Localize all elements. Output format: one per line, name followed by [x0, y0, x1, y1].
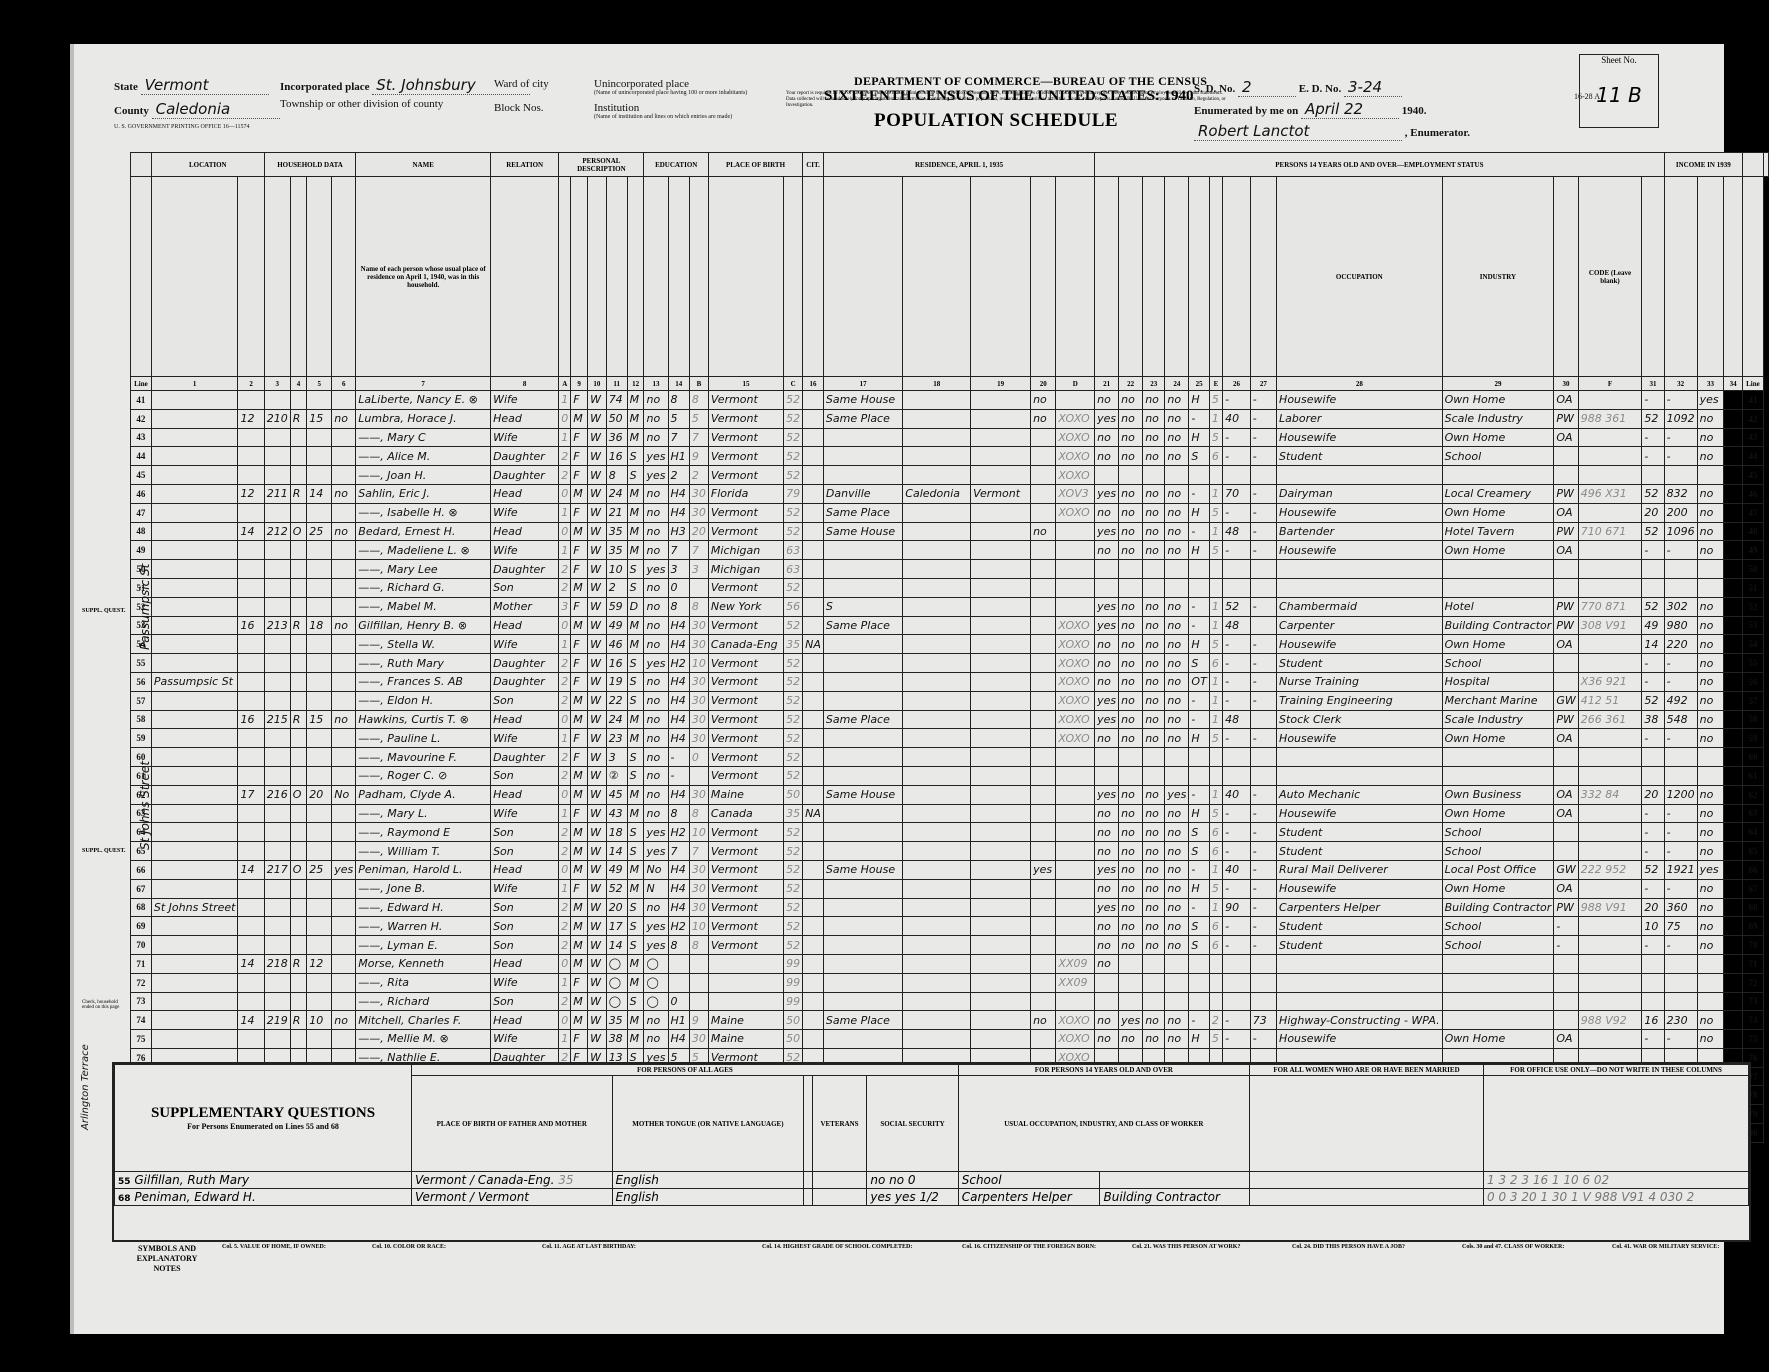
cell-c27: - — [1250, 917, 1276, 936]
cell-value — [307, 748, 332, 767]
cell-c25: H — [1189, 804, 1209, 823]
table-row: 44——, Alice M.Daughter2FW16SyesH19Vermon… — [131, 447, 1769, 466]
table-row: 5816215R15noHawkins, Curtis T. ⊗Head0MW2… — [131, 710, 1769, 729]
cell-occupation — [1277, 578, 1443, 597]
cell-c: 52 — [784, 391, 803, 410]
cell-farm — [332, 879, 356, 898]
cell-grade — [668, 973, 689, 992]
cell-res-city — [823, 541, 902, 560]
cell-f: 412 51 — [1578, 691, 1642, 710]
cell-sex: M — [571, 616, 588, 635]
cell-age: 38 — [606, 1030, 627, 1049]
cell-farm35 — [1031, 428, 1056, 447]
cell-grade: H2 — [668, 917, 689, 936]
cell-industry: School — [1442, 842, 1554, 861]
cell-sex: M — [571, 766, 588, 785]
cell-age: 20 — [606, 898, 627, 917]
cell-marital: M — [627, 785, 644, 804]
cell-marital: M — [627, 804, 644, 823]
line-number: 74 — [131, 1011, 152, 1030]
cell-c23 — [1143, 748, 1165, 767]
cell-sex: F — [571, 804, 588, 823]
supp-row: 55 Gilfillan, Ruth Mary Vermont / Canada… — [115, 1172, 1749, 1189]
cell-c22: no — [1119, 729, 1143, 748]
cell-res-city — [823, 842, 902, 861]
cell-relation: Head — [491, 409, 559, 428]
cell-hh — [264, 729, 290, 748]
cell-c27: - — [1250, 823, 1276, 842]
cell-house: 16 — [238, 710, 264, 729]
column-number: 5 — [307, 377, 332, 391]
cell-house — [238, 541, 264, 560]
cell-c23: no — [1143, 1030, 1165, 1049]
cell-house — [238, 823, 264, 842]
cell-hh — [264, 691, 290, 710]
supp-usual-occ-header: USUAL OCCUPATION, INDUSTRY, AND CLASS OF… — [958, 1076, 1249, 1172]
cell-marital: S — [627, 748, 644, 767]
line-number-right: 45 — [1742, 466, 1763, 485]
cell-grade: H4 — [668, 898, 689, 917]
cell-d: XOXO — [1056, 1011, 1095, 1030]
cell-weeks: 20 — [1642, 503, 1664, 522]
supp-c44: 0 — [908, 1173, 916, 1187]
cell-weeks — [1642, 766, 1664, 785]
cell-race: W — [588, 917, 607, 936]
cell-c27 — [1250, 973, 1276, 992]
cell-c21: yes — [1095, 409, 1119, 428]
cell-hh — [264, 447, 290, 466]
note-col21: Col. 21. WAS THIS PERSON AT WORK? — [1132, 1244, 1272, 1250]
cell-res-state — [971, 503, 1031, 522]
cell-relation: Daughter — [491, 748, 559, 767]
cell-marital: S — [627, 917, 644, 936]
cell-cit — [803, 954, 824, 973]
supp-name-value: Gilfillan, Ruth Mary — [134, 1173, 249, 1187]
cell-name: ——, Eldon H. — [356, 691, 491, 710]
cell-res-state — [971, 466, 1031, 485]
cell-c21: no — [1095, 391, 1119, 410]
cell-relation: Wife — [491, 973, 559, 992]
cell-hh: 217 — [264, 860, 290, 879]
cell-weeks: 52 — [1642, 522, 1664, 541]
table-row: 57——, Eldon H.Son2MW22SnoH430Vermont52XO… — [131, 691, 1769, 710]
cell-res-county — [903, 466, 971, 485]
cell-d — [1056, 879, 1095, 898]
cell-cit — [803, 917, 824, 936]
cell-c23: no — [1143, 391, 1165, 410]
cell-class: OA — [1554, 541, 1578, 560]
cell-relation: Wife — [491, 729, 559, 748]
cell-school: yes — [644, 654, 668, 673]
cell-name: ——, William T. — [356, 842, 491, 861]
cell-house — [238, 766, 264, 785]
cell-b: 8 — [689, 936, 708, 955]
cell-e: 5 — [1209, 804, 1222, 823]
cell-res-state — [971, 973, 1031, 992]
cell-cit — [803, 541, 824, 560]
cell-hh — [264, 1030, 290, 1049]
cell-other-inc: no — [1697, 729, 1724, 748]
cell-farm: no — [332, 710, 356, 729]
cell-age: ② — [606, 766, 627, 785]
supp-all-ages-header: FOR PERSONS OF ALL AGES — [412, 1065, 959, 1076]
cell-b: 10 — [689, 823, 708, 842]
cell-c27 — [1250, 748, 1276, 767]
cell-birthplace: Michigan — [708, 560, 783, 579]
cell-wages: - — [1664, 672, 1697, 691]
cell-a: 2 — [559, 898, 571, 917]
cell-c24: no — [1165, 710, 1189, 729]
cell-res-state — [971, 541, 1031, 560]
cell-c25: S — [1189, 917, 1209, 936]
cell-c21: yes — [1095, 860, 1119, 879]
cell-c24: no — [1165, 672, 1189, 691]
cell-e: 1 — [1209, 785, 1222, 804]
supp-father: Vermont — [415, 1190, 466, 1204]
cell-c27: - — [1250, 428, 1276, 447]
cell-relation: Head — [491, 1011, 559, 1030]
cell-farm-schedule — [1724, 484, 1743, 503]
note-col30: Cols. 30 and 47. CLASS OF WORKER: — [1462, 1244, 1592, 1250]
cell-class — [1554, 672, 1578, 691]
cell-street — [151, 936, 238, 955]
cell-c27: - — [1250, 503, 1276, 522]
cell-c21: no — [1095, 823, 1119, 842]
cell-school: no — [644, 1030, 668, 1049]
cell-c26: 40 — [1223, 785, 1251, 804]
cell-relation: Wife — [491, 541, 559, 560]
cell-hh — [264, 635, 290, 654]
cell-c22: no — [1119, 936, 1143, 955]
cell-other-inc — [1697, 954, 1724, 973]
cell-street — [151, 729, 238, 748]
cell-birthplace: New York — [708, 597, 783, 616]
cell-farm — [332, 954, 356, 973]
cell-age: 35 — [606, 541, 627, 560]
cell-industry — [1442, 560, 1554, 579]
column-number: 20 — [1031, 377, 1056, 391]
cell-marital: M — [627, 729, 644, 748]
cell-sex: F — [571, 635, 588, 654]
state-label: State — [114, 81, 138, 93]
cell-c25: H — [1189, 391, 1209, 410]
enumerator-label: , Enumerator. — [1405, 127, 1470, 139]
cell-wages — [1664, 578, 1697, 597]
cell-e — [1209, 466, 1222, 485]
cell-street: Passumpsic St — [151, 672, 238, 691]
line-number-right: 62 — [1742, 785, 1763, 804]
cell-res-city — [823, 804, 902, 823]
cell-res-city — [823, 428, 902, 447]
supp-mother: Canada-Eng. — [478, 1173, 555, 1187]
cell-weeks: - — [1642, 391, 1664, 410]
cell-wages: 492 — [1664, 691, 1697, 710]
cell-age: 8 — [606, 466, 627, 485]
cell-value — [307, 503, 332, 522]
cell-other-inc: no — [1697, 842, 1724, 861]
cell-own — [290, 766, 307, 785]
cell-c: 52 — [784, 691, 803, 710]
supp-c43: yes — [895, 1190, 916, 1204]
cell-birthplace: Maine — [708, 1011, 783, 1030]
cell-farm-schedule — [1724, 804, 1743, 823]
cell-relation: Son — [491, 691, 559, 710]
cell-c: 50 — [784, 1011, 803, 1030]
cell-res-county — [903, 616, 971, 635]
cell-industry: Scale Industry — [1442, 710, 1554, 729]
cell-age: 24 — [606, 484, 627, 503]
cell-c23: no — [1143, 1011, 1165, 1030]
cell-marital: S — [627, 560, 644, 579]
column-number: 34 — [1724, 377, 1743, 391]
cell-e — [1209, 992, 1222, 1011]
cell-c22: no — [1119, 804, 1143, 823]
cell-farm35 — [1031, 804, 1056, 823]
column-number: 12 — [627, 377, 644, 391]
cell-age: ◯ — [606, 954, 627, 973]
cell-class: PW — [1554, 409, 1578, 428]
cell-age: 50 — [606, 409, 627, 428]
cell-industry — [1442, 973, 1554, 992]
cell-house — [238, 748, 264, 767]
cell-street — [151, 578, 238, 597]
state-value: Vermont — [141, 76, 269, 95]
cell-age: 45 — [606, 785, 627, 804]
cell-age: 3 — [606, 748, 627, 767]
cell-res-city — [823, 654, 902, 673]
cell-c26 — [1223, 466, 1251, 485]
cell-grade: H1 — [668, 447, 689, 466]
cell-f: 770 871 — [1578, 597, 1642, 616]
cell-own — [290, 992, 307, 1011]
cell-a: 0 — [559, 522, 571, 541]
cell-f — [1578, 391, 1642, 410]
cell-industry — [1442, 992, 1554, 1011]
supp-name: 55 Gilfillan, Ruth Mary — [115, 1172, 412, 1189]
cell-own — [290, 597, 307, 616]
cell-race: W — [588, 691, 607, 710]
cell-farm-schedule — [1724, 635, 1743, 654]
column-number: 7 — [356, 377, 491, 391]
cell-d: XOXO — [1056, 710, 1095, 729]
cell-c22 — [1119, 560, 1143, 579]
cell-c21: yes — [1095, 691, 1119, 710]
cell-d — [1056, 785, 1095, 804]
supplementary-questions: SUPPLEMENTARY QUESTIONS For Persons Enum… — [112, 1062, 1751, 1242]
cell-birthplace: Vermont — [708, 672, 783, 691]
cell-own: R — [290, 710, 307, 729]
cell-c24: no — [1165, 729, 1189, 748]
cell-d: XOXO — [1056, 616, 1095, 635]
supp-subtitle: For Persons Enumerated on Lines 55 and 6… — [118, 1122, 408, 1131]
cell-own — [290, 503, 307, 522]
cell-occupation — [1277, 748, 1443, 767]
cell-weeks: 20 — [1642, 785, 1664, 804]
cell-wages: 200 — [1664, 503, 1697, 522]
cell-c25: H — [1189, 729, 1209, 748]
cell-class — [1554, 766, 1578, 785]
street-note-st-johns: St Johns Street — [138, 761, 152, 850]
cell-age: 10 — [606, 560, 627, 579]
table-row: 73——, RichardSon2MW◯S◯09973 — [131, 992, 1769, 1011]
enumerated-field: Enumerated by me on April 22 1940. — [1194, 100, 1426, 119]
cell-c21: no — [1095, 635, 1119, 654]
ed-value: 3-24 — [1344, 78, 1402, 97]
cell-school: no — [644, 672, 668, 691]
cell-cit — [803, 597, 824, 616]
cell-e: 5 — [1209, 729, 1222, 748]
table-row: 69——, Warren H.Son2MW17SyesH210Vermont52… — [131, 917, 1769, 936]
cell-res-city — [823, 635, 902, 654]
cell-hh — [264, 804, 290, 823]
cell-occupation: Student — [1277, 917, 1443, 936]
cell-c25: S — [1189, 842, 1209, 861]
cell-res-city — [823, 691, 902, 710]
cell-res-state — [971, 785, 1031, 804]
cell-c22 — [1119, 973, 1143, 992]
cell-hh — [264, 842, 290, 861]
cell-c27: - — [1250, 898, 1276, 917]
cell-relation: Daughter — [491, 447, 559, 466]
cell-c: 52 — [784, 578, 803, 597]
cell-c21: no — [1095, 954, 1119, 973]
cell-grade: 8 — [668, 597, 689, 616]
cell-c21 — [1095, 560, 1119, 579]
cell-c23: no — [1143, 917, 1165, 936]
cell-industry: Own Home — [1442, 804, 1554, 823]
cell-farm — [332, 672, 356, 691]
cell-marital: S — [627, 578, 644, 597]
cell-street — [151, 860, 238, 879]
cell-res-county — [903, 672, 971, 691]
cell-a: 1 — [559, 541, 571, 560]
cell-f: 710 671 — [1578, 522, 1642, 541]
cell-e: 5 — [1209, 635, 1222, 654]
cell-age: 14 — [606, 842, 627, 861]
line-number-right: 74 — [1742, 1011, 1763, 1030]
cell-cit — [803, 973, 824, 992]
cell-own — [290, 541, 307, 560]
schedule-title: POPULATION SCHEDULE — [874, 110, 1118, 132]
supp-line-no: 55 — [118, 1177, 131, 1187]
cell-race: W — [588, 898, 607, 917]
cell-occupation: Student — [1277, 823, 1443, 842]
cell-house — [238, 1030, 264, 1049]
cell-c24 — [1165, 578, 1189, 597]
cell-c23: no — [1143, 729, 1165, 748]
cell-c24: no — [1165, 428, 1189, 447]
cell-res-city — [823, 560, 902, 579]
cell-c25 — [1189, 954, 1209, 973]
cell-value: 20 — [307, 785, 332, 804]
cell-c26: - — [1223, 541, 1251, 560]
cell-other-inc: no — [1697, 710, 1724, 729]
cell-farm — [332, 503, 356, 522]
cell-d — [1056, 522, 1095, 541]
cell-class: PW — [1554, 710, 1578, 729]
cell-value — [307, 973, 332, 992]
cell-c25 — [1189, 560, 1209, 579]
cell-own: R — [290, 1011, 307, 1030]
cell-farm-schedule — [1724, 578, 1743, 597]
cell-farm-schedule — [1724, 992, 1743, 1011]
cell-other-inc: yes — [1697, 391, 1724, 410]
cell-farm35 — [1031, 578, 1056, 597]
cell-wages: 360 — [1664, 898, 1697, 917]
cell-other-inc: no — [1697, 917, 1724, 936]
cell-f — [1578, 748, 1642, 767]
cell-c27: - — [1250, 541, 1276, 560]
supp-tongue: English — [612, 1172, 804, 1189]
cell-house — [238, 635, 264, 654]
cell-res-city — [823, 748, 902, 767]
cell-relation: Son — [491, 766, 559, 785]
line-number: 71 — [131, 954, 152, 973]
cell-farm35 — [1031, 917, 1056, 936]
cell-name: ——, Jone B. — [356, 879, 491, 898]
cell-marital: M — [627, 973, 644, 992]
cell-marital: M — [627, 860, 644, 879]
cell-c24 — [1165, 954, 1189, 973]
cell-c23 — [1143, 954, 1165, 973]
cell-res-city — [823, 466, 902, 485]
cell-race: W — [588, 766, 607, 785]
cell-street — [151, 654, 238, 673]
cell-age: 59 — [606, 597, 627, 616]
cell-hh: 213 — [264, 616, 290, 635]
cell-hh — [264, 936, 290, 955]
header-relation: RELATION — [491, 153, 559, 177]
cell-relation: Head — [491, 954, 559, 973]
cell-name: Padham, Clyde A. — [356, 785, 491, 804]
cell-wages — [1664, 766, 1697, 785]
cell-farm35 — [1031, 654, 1056, 673]
cell-value — [307, 391, 332, 410]
cell-value — [307, 428, 332, 447]
cell-occupation — [1277, 560, 1443, 579]
enumerator-field: Robert Lanctot , Enumerator. — [1194, 122, 1470, 141]
cell-c26: - — [1223, 447, 1251, 466]
cell-school: ◯ — [644, 992, 668, 1011]
cell-farm-schedule — [1724, 860, 1743, 879]
cell-res-city — [823, 879, 902, 898]
column-number: 16 — [803, 377, 824, 391]
cell-school: yes — [644, 823, 668, 842]
line-number-right: 47 — [1742, 503, 1763, 522]
line-number: 46 — [131, 484, 152, 503]
cell-birthplace: Vermont — [708, 691, 783, 710]
cell-other-inc: no — [1697, 503, 1724, 522]
cell-res-city — [823, 823, 902, 842]
cell-a: 0 — [559, 954, 571, 973]
cell-birthplace: Michigan — [708, 541, 783, 560]
cell-wages: 1092 — [1664, 409, 1697, 428]
cell-value — [307, 635, 332, 654]
cell-c23: no — [1143, 616, 1165, 635]
cell-occupation: Carpenters Helper — [1277, 898, 1443, 917]
cell-street — [151, 503, 238, 522]
cell-e: 1 — [1209, 522, 1222, 541]
cell-c22: no — [1119, 860, 1143, 879]
cell-relation: Wife — [491, 879, 559, 898]
cell-b: 30 — [689, 503, 708, 522]
cell-class: OA — [1554, 635, 1578, 654]
cell-farm: no — [332, 616, 356, 635]
line-number: 41 — [131, 391, 152, 410]
symbols-title: SYMBOLS AND EXPLANATORY NOTES — [132, 1244, 202, 1274]
supp-name-value: Peniman, Edward H. — [134, 1190, 255, 1204]
cell-marital: S — [627, 654, 644, 673]
